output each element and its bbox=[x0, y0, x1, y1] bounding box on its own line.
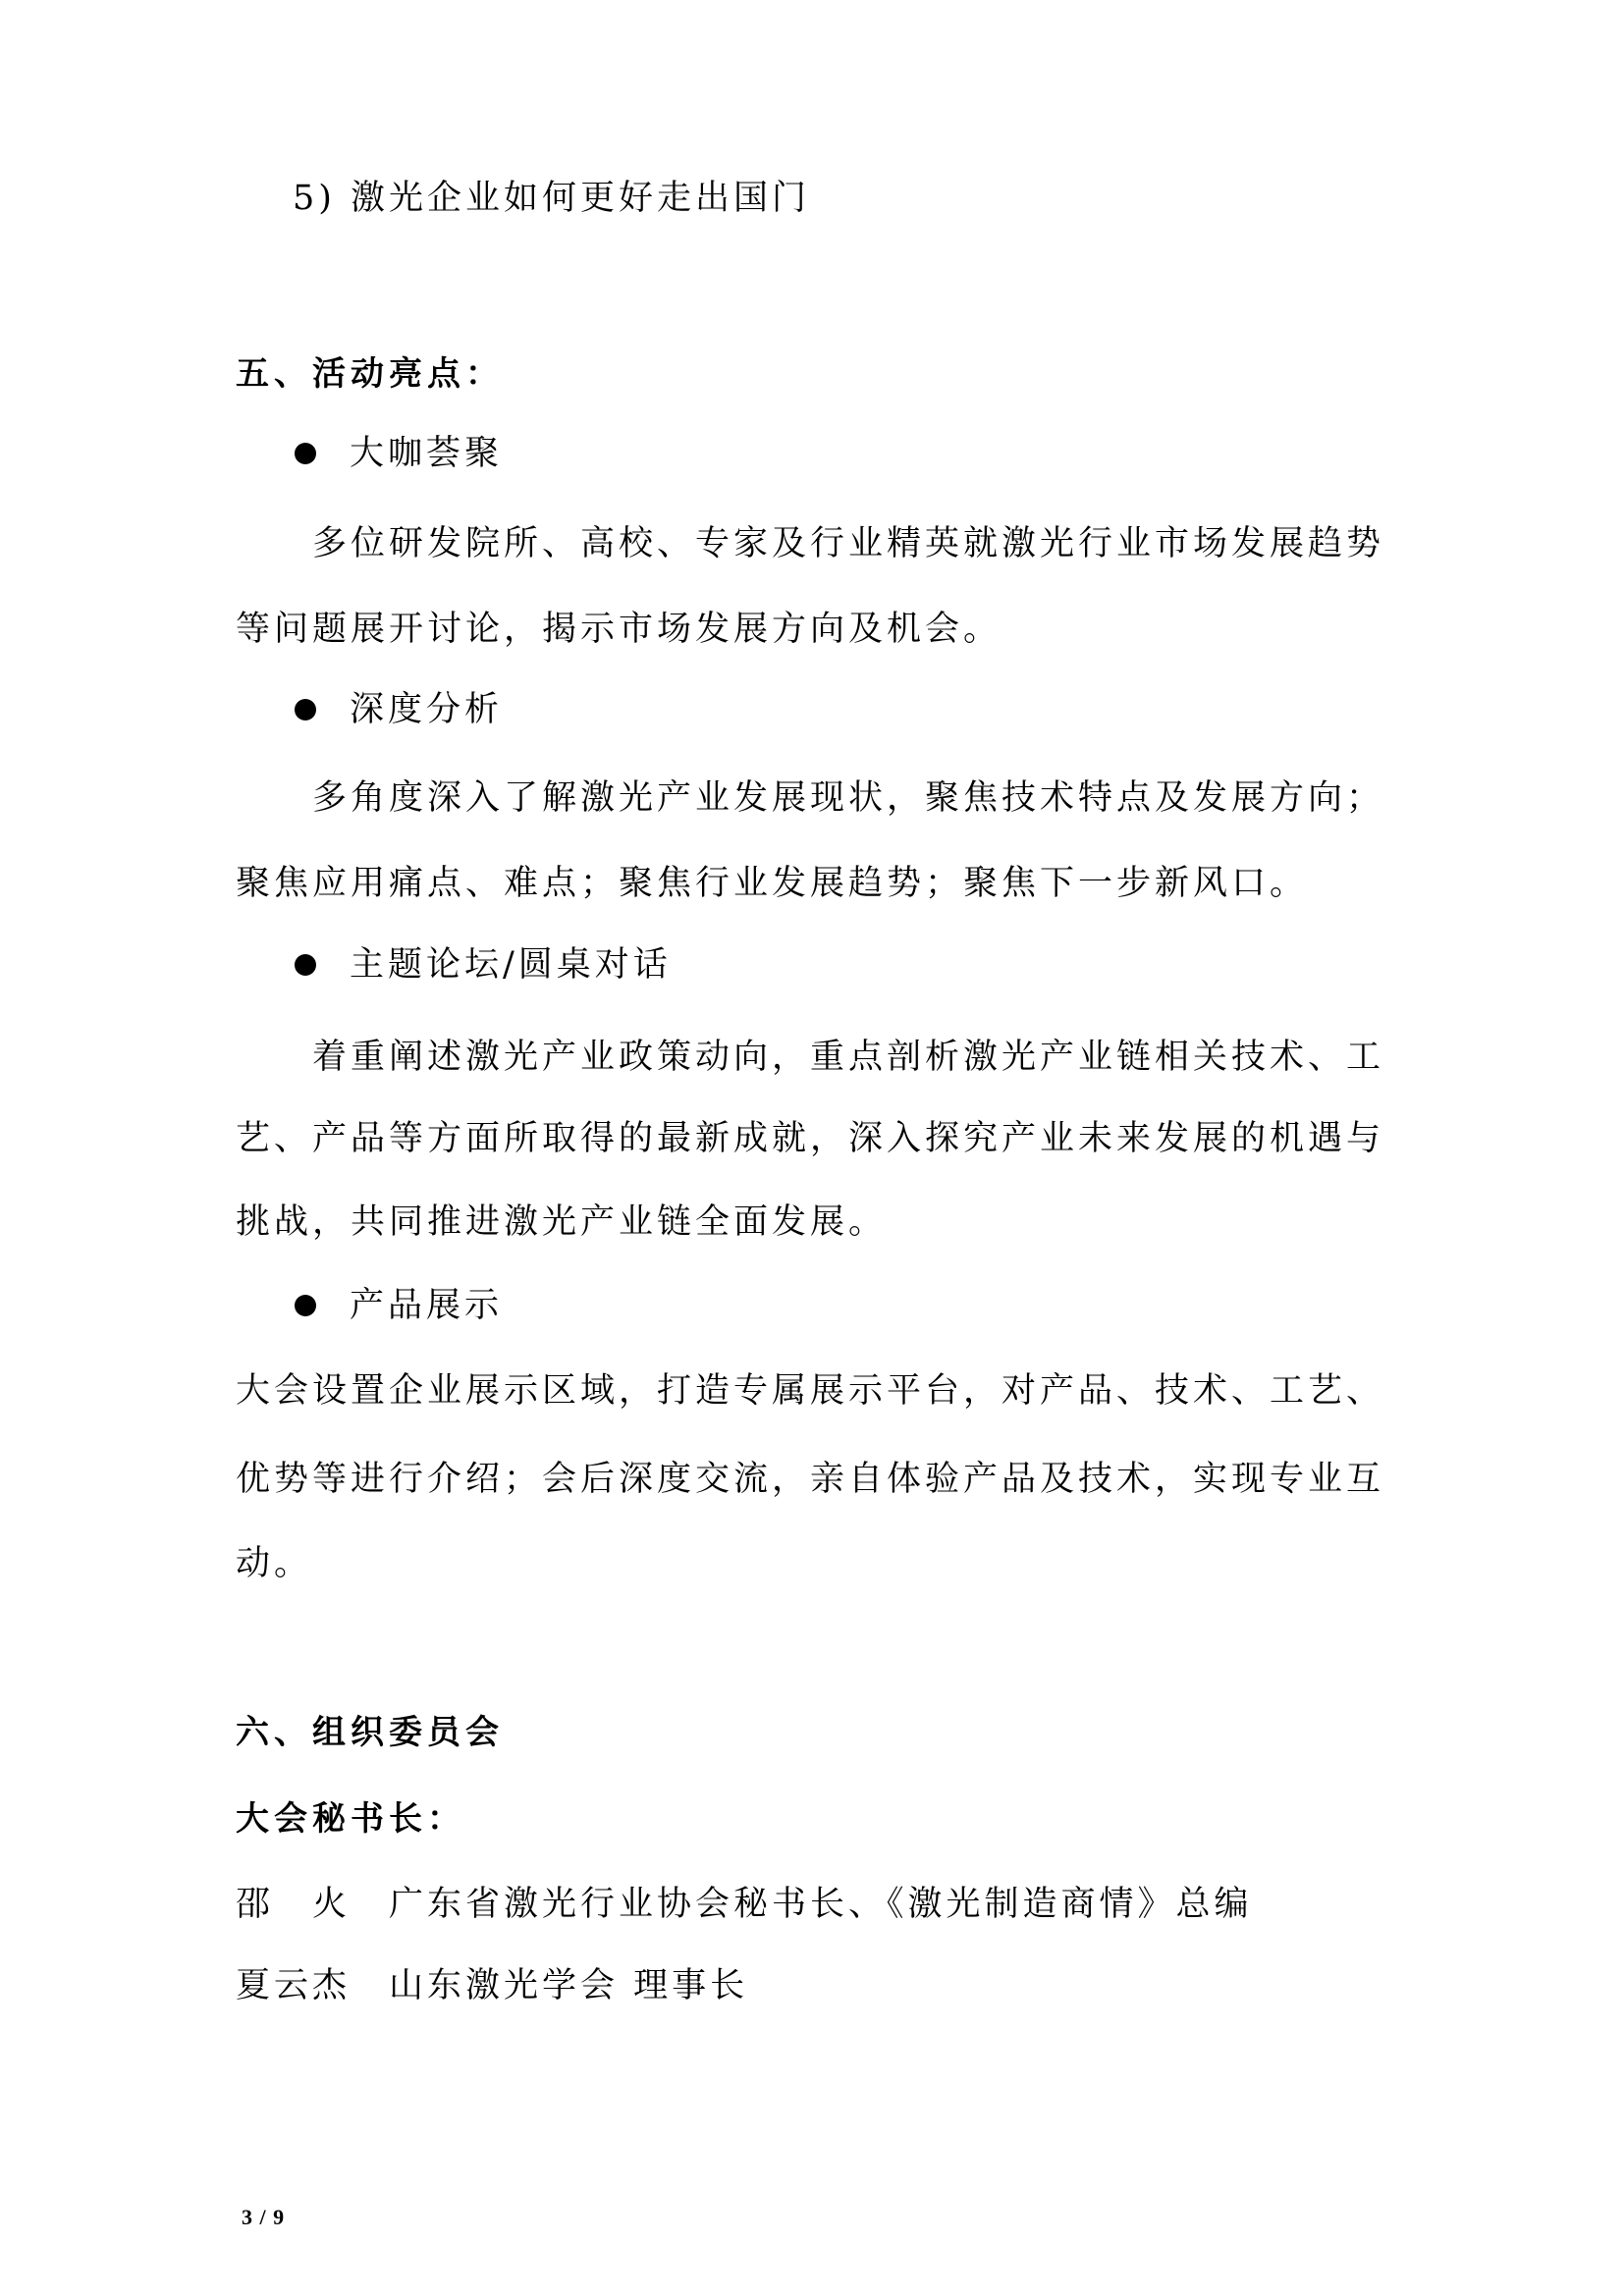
bullet-icon bbox=[295, 443, 316, 464]
committee-member: 邵 火 广东省激光行业协会秘书长、《激光制造商情》总编 bbox=[236, 1883, 1253, 1926]
bullet-icon bbox=[295, 954, 316, 976]
highlight-text-line: 大会设置企业展示区域，打造专属展示平台，对产品、技术、工艺、 bbox=[236, 1369, 1384, 1413]
highlight-title: 主题论坛/圆桌对话 bbox=[350, 943, 672, 987]
highlight-text-line: 艺、产品等方面所取得的最新成就，深入探究产业未来发展的机遇与 bbox=[236, 1117, 1384, 1160]
highlight-text-line: 多角度深入了解激光产业发展现状，聚焦技术特点及发展方向； bbox=[312, 776, 1384, 820]
subheading-secretary-general: 大会秘书长： bbox=[236, 1797, 465, 1841]
highlight-text-line: 挑战，共同推进激光产业链全面发展。 bbox=[236, 1201, 887, 1244]
bullet-icon bbox=[295, 1295, 316, 1316]
highlight-title: 大咖荟聚 bbox=[350, 432, 503, 475]
highlight-title: 深度分析 bbox=[350, 688, 503, 731]
committee-member: 夏云杰 山东激光学会 理事长 bbox=[236, 1964, 748, 2007]
page-number: 3 / 9 bbox=[242, 2205, 285, 2230]
section-heading-highlights: 五、活动亮点： bbox=[236, 352, 504, 396]
document-page: 5) 激光企业如何更好走出国门 五、活动亮点： 大咖荟聚 多位研发院所、高校、专… bbox=[0, 0, 1624, 2296]
highlight-text-line: 着重阐述激光产业政策动向，重点剖析激光产业链相关技术、工 bbox=[312, 1036, 1384, 1079]
section-heading-committee: 六、组织委员会 bbox=[236, 1711, 504, 1754]
bullet-icon bbox=[295, 699, 316, 721]
highlight-text-line: 聚焦应用痛点、难点；聚焦行业发展趋势；聚焦下一步新风口。 bbox=[236, 862, 1308, 905]
highlight-text-line: 等问题展开讨论，揭示市场发展方向及机会。 bbox=[236, 608, 1001, 651]
highlight-title: 产品展示 bbox=[350, 1284, 503, 1327]
highlight-text-line: 动。 bbox=[236, 1542, 312, 1585]
highlight-text-line: 优势等进行介绍；会后深度交流，亲自体验产品及技术，实现专业互 bbox=[236, 1458, 1384, 1501]
list-item-5: 5) 激光企业如何更好走出国门 bbox=[293, 177, 810, 220]
highlight-text-line: 多位研发院所、高校、专家及行业精英就激光行业市场发展趋势 bbox=[312, 522, 1384, 565]
